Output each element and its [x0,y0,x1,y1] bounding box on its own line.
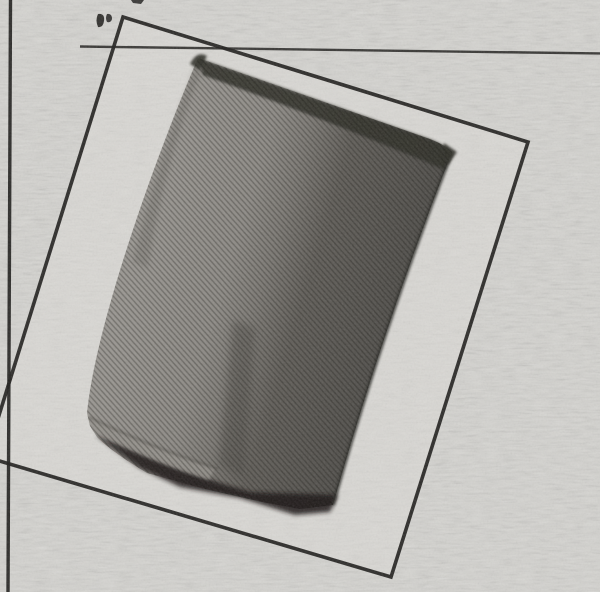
scan-grain-overlay [0,0,600,592]
scanned-photo [0,0,600,592]
scanned-page [0,0,600,592]
